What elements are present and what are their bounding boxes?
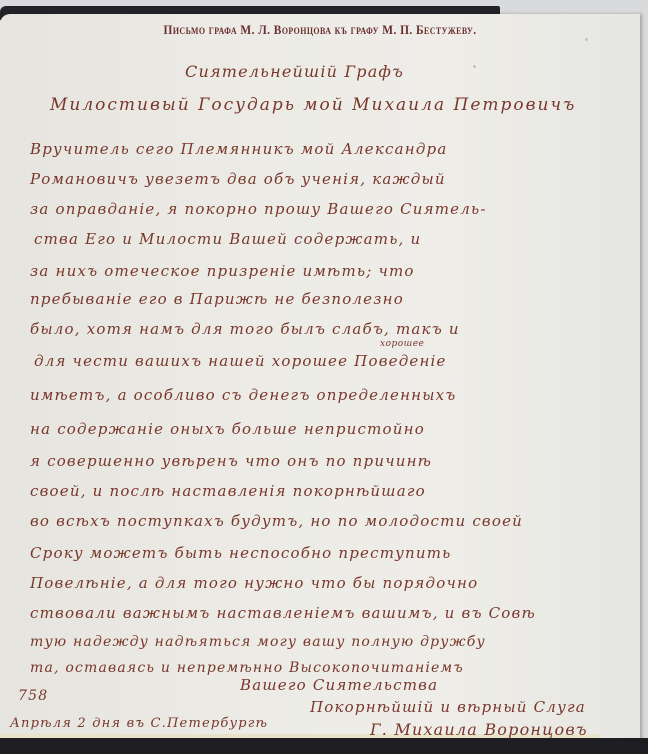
book-binding-bottom xyxy=(0,738,648,754)
body-line: та, оставаясь и непремѣнно Высокопочитан… xyxy=(30,660,464,676)
body-line: Сроку можетъ быть неспособно преступить xyxy=(30,544,452,562)
closing: Вашего Сиятельства xyxy=(240,676,438,694)
manuscript-page xyxy=(0,14,640,742)
body-line: за нихъ отеческое призренiе имѣть; что xyxy=(30,262,415,280)
body-line: я совершенно увѣренъ что онъ по причинѣ xyxy=(30,452,432,470)
addressee: Милостивый Государь мой Михаила Петрович… xyxy=(50,95,576,115)
body-line: ства Его и Милости Вашей содержать, и xyxy=(34,230,421,248)
printed-title: Письмо графа М. Л. Воронцова къ графу М.… xyxy=(38,22,601,38)
body-line: во всѣхъ поступкахъ будутъ, но по молодо… xyxy=(30,512,523,530)
closing-line-2: Покорнѣйшiй и вѣрный Слуга xyxy=(310,698,586,716)
body-line: Вручитель сего Племянникъ мой Александра xyxy=(30,140,448,158)
body-line: имѣетъ, а особливо съ денегъ определенны… xyxy=(30,386,457,404)
signature: Г. Михаила Воронцовъ xyxy=(370,720,588,739)
body-line: ствовали важнымъ наставленiемъ вашимъ, и… xyxy=(30,604,536,622)
body-line: своей, и послѣ наставленiя покорнѣйшаго xyxy=(30,482,426,500)
body-line: Повелѣнiе, а для того нужно что бы поряд… xyxy=(30,574,478,592)
salutation: Сиятельнейшiй Графъ xyxy=(185,62,404,81)
paper-stain xyxy=(473,65,476,68)
body-line: пребыванiе его в Парижѣ не безполезно xyxy=(30,290,404,308)
year: 758 xyxy=(18,688,48,704)
paper-stain xyxy=(585,38,588,41)
body-line: за оправданiе, я покорно прошу Вашего Си… xyxy=(30,200,487,218)
body-line: Романовичъ увезетъ два объ ученiя, кажды… xyxy=(30,170,446,188)
date-line: Апрѣля 2 дня въ С.Петербургѣ xyxy=(10,716,268,731)
body-line: для чести вашихъ нашей хорошее Поведенiе xyxy=(34,352,447,370)
body-line: тую надежду надѣяться могу вашу полную д… xyxy=(30,634,486,650)
body-line: было, хотя намъ для того былъ слабъ, так… xyxy=(30,320,460,338)
interlinear-note: хорошее xyxy=(380,339,424,349)
body-line: на содержанiе оныхъ больше непристойно xyxy=(30,420,425,438)
